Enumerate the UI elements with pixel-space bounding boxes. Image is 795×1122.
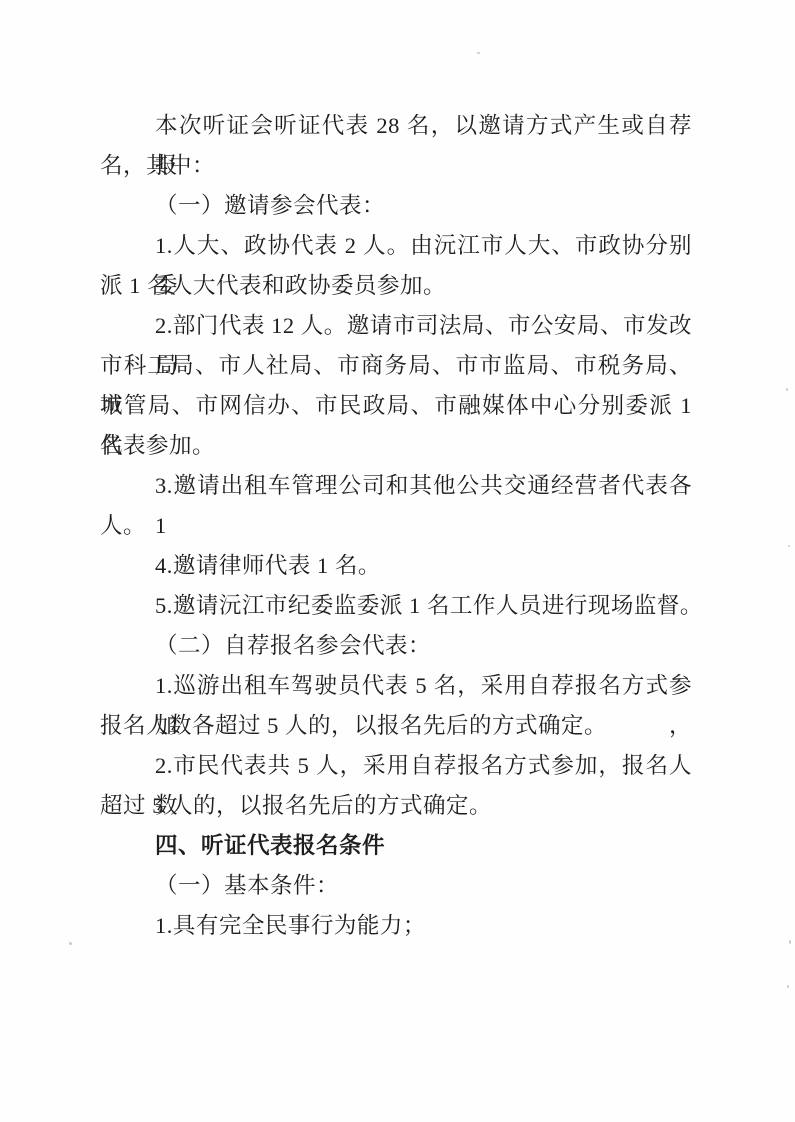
text-line: 名，其中： <box>100 146 692 186</box>
text-line: 2.部门代表 12 人。邀请市司法局、市公安局、市发改局、 <box>100 306 692 346</box>
scan-speck <box>477 52 480 54</box>
scan-speck <box>787 985 789 988</box>
text-line: 代表参加。 <box>100 426 692 466</box>
text-line: 1.具有完全民事行为能力； <box>100 906 692 946</box>
text-line: 超过 5 人的，以报名先后的方式确定。 <box>100 786 692 826</box>
scan-speck <box>786 388 788 391</box>
text-line: 2.市民代表共 5 人，采用自荐报名方式参加，报名人数 <box>100 746 692 786</box>
text-line: 本次听证会听证代表 28 名，以邀请方式产生或自荐报 <box>100 106 692 146</box>
text-line: 5.邀请沅江市纪委监委派 1 名工作人员进行现场监督。 <box>100 586 692 626</box>
section-heading-3: （一）基本条件： <box>100 866 692 906</box>
text-line: 城管局、市网信办、市民政局、市融媒体中心分别委派 1 名 <box>100 386 692 426</box>
section-heading-2: （二）自荐报名参会代表： <box>100 626 692 666</box>
text-line: 人。 <box>100 506 692 546</box>
chapter-heading: 四、听证代表报名条件 <box>100 826 692 866</box>
scan-speck <box>69 942 72 945</box>
text-line: 1.人大、政协代表 2 人。由沅江市人大、市政协分别委 <box>100 226 692 266</box>
text-line: 4.邀请律师代表 1 名。 <box>100 546 692 586</box>
scan-speck <box>788 545 790 547</box>
text-line: 市科工局、市人社局、市商务局、市市监局、市税务局、市 <box>100 346 692 386</box>
text-line: 派 1 名人大代表和政协委员参加。 <box>100 266 692 306</box>
section-heading-1: （一）邀请参会代表： <box>100 186 692 226</box>
scan-speck <box>789 940 791 944</box>
document-body-text: 本次听证会听证代表 28 名，以邀请方式产生或自荐报 名，其中： （一）邀请参会… <box>100 106 692 946</box>
text-line: 3.邀请出租车管理公司和其他公共交通经营者代表各 1 <box>100 466 692 506</box>
text-line: 报名人数各超过 5 人的，以报名先后的方式确定。 <box>100 706 692 746</box>
scanned-document-page: 本次听证会听证代表 28 名，以邀请方式产生或自荐报 名，其中： （一）邀请参会… <box>0 0 795 1122</box>
text-line: 1.巡游出租车驾驶员代表 5 名，采用自荐报名方式参加， <box>100 666 692 706</box>
